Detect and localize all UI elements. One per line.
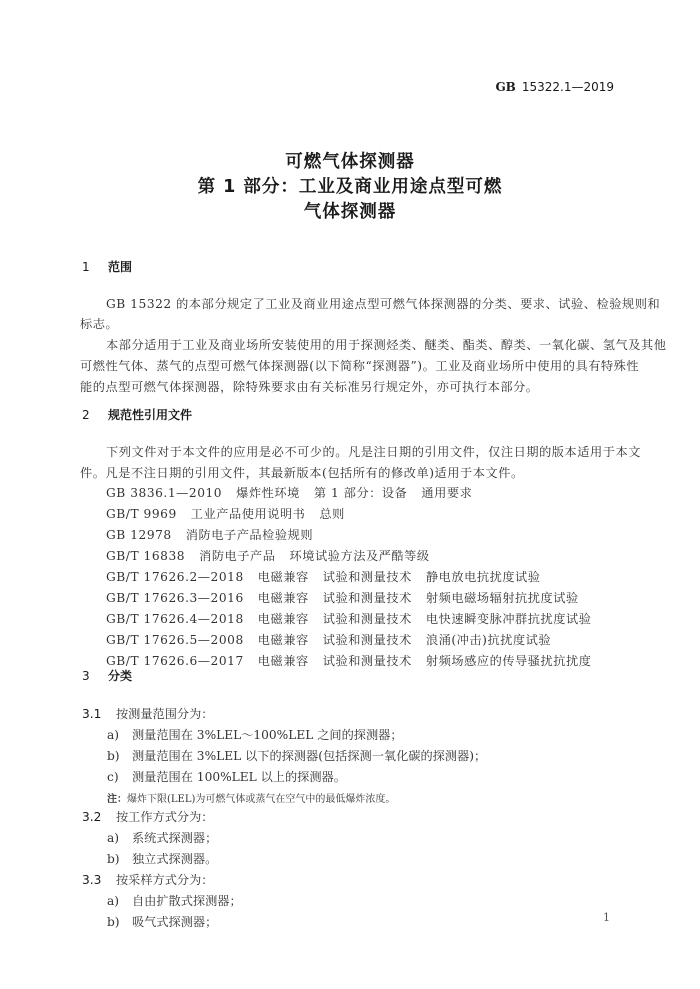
list-label: a) (107, 831, 132, 845)
list-label: b) (107, 915, 132, 929)
paragraph-line: 可燃性气体、蒸气的点型可燃气体探测器(以下简称“探测器”)。工业及商业场所中使用… (80, 357, 639, 374)
subsection-text: 按工作方式分为： (116, 810, 214, 824)
section-number: 1 (82, 260, 108, 274)
reference-title-part: 电磁兼容 (258, 654, 309, 668)
reference-code: GB/T 17626.3—2016 (106, 591, 244, 605)
paragraph-line: 标志。 (80, 315, 118, 332)
reference-item: GB/T 17626.5—2008电磁兼容试验和测量技术浪涌(冲击)抗扰度试验 (106, 631, 551, 648)
list-item: b)测量范围在 3%LEL 以下的探测器(包括探测一氧化碳的探测器)； (107, 747, 486, 764)
subsection-number: 3.1 (82, 707, 116, 721)
reference-title-part: 通用要求 (421, 486, 472, 500)
reference-item: GB/T 9969工业产品使用说明书总则 (106, 505, 345, 522)
reference-code: GB/T 17626.5—2008 (106, 633, 244, 647)
document-title-line-2: 第 1 部分：工业及商业用途点型可燃 (0, 173, 700, 198)
subsection-3-2: 3.2按工作方式分为： (82, 808, 214, 825)
list-item: b)吸气式探测器； (107, 913, 217, 930)
list-label: a) (107, 894, 132, 908)
list-text: 测量范围在 3%LEL～100%LEL 之间的探测器； (132, 728, 403, 742)
section-title: 分类 (108, 669, 132, 683)
reference-item: GB/T 17626.6—2017电磁兼容试验和测量技术射频场感应的传导骚扰抗扰… (106, 652, 591, 669)
reference-item: GB 12978消防电子产品检验规则 (106, 526, 313, 543)
reference-title-part: 静电放电抗扰度试验 (426, 570, 541, 584)
subsection-text: 按采样方式分为： (116, 873, 214, 887)
reference-title-part: 电快速瞬变脉冲群抗扰度试验 (426, 612, 592, 626)
subsection-3-3: 3.3按采样方式分为： (82, 871, 214, 888)
reference-title-part: 消防电子产品检验规则 (186, 528, 313, 542)
section-2-heading: 2规范性引用文件 (82, 406, 192, 423)
list-text: 自由扩散式探测器； (132, 894, 242, 908)
reference-title-part: 爆炸性环境 (236, 486, 300, 500)
list-text: 独立式探测器。 (132, 852, 217, 866)
reference-title-part: 浪涌(冲击)抗扰度试验 (426, 633, 551, 647)
reference-title-part: 试验和测量技术 (323, 633, 412, 647)
list-item: a)系统式探测器； (107, 829, 217, 846)
page-number: 1 (603, 911, 610, 924)
reference-code: GB/T 17626.2—2018 (106, 570, 244, 584)
standard-code: GB15322.1—2019 (495, 80, 614, 94)
reference-item: GB/T 16838消防电子产品环境试验方法及严酷等级 (106, 547, 430, 564)
section-3-heading: 3分类 (82, 667, 132, 684)
reference-title-part: 总则 (319, 507, 344, 521)
standard-prefix: GB (495, 80, 515, 94)
list-label: b) (107, 749, 132, 763)
reference-code: GB/T 9969 (106, 507, 177, 521)
section-number: 3 (82, 669, 108, 683)
section-1-heading: 1范围 (82, 258, 132, 275)
subsection-3-1: 3.1按测量范围分为： (82, 705, 214, 722)
list-item: b)独立式探测器。 (107, 850, 217, 867)
reference-code: GB/T 17626.4—2018 (106, 612, 244, 626)
reference-item: GB/T 17626.2—2018电磁兼容试验和测量技术静电放电抗扰度试验 (106, 568, 541, 585)
reference-item: GB/T 17626.3—2016电磁兼容试验和测量技术射频电磁场辐射抗扰度试验 (106, 589, 579, 606)
section-number: 2 (82, 408, 108, 422)
note: 注：爆炸下限(LEL)为可燃气体或蒸气在空气中的最低爆炸浓度。 (107, 790, 395, 805)
reference-title-part: 射频电磁场辐射抗扰度试验 (426, 591, 579, 605)
subsection-number: 3.3 (82, 873, 116, 887)
reference-code: GB 12978 (106, 528, 172, 542)
section-title: 范围 (108, 260, 132, 274)
reference-title-part: 试验和测量技术 (323, 654, 412, 668)
reference-title-part: 环境试验方法及严酷等级 (290, 549, 430, 563)
reference-title-part: 电磁兼容 (258, 612, 309, 626)
paragraph-line: 件。凡是不注日期的引用文件，其最新版本(包括所有的修改单)适用于本文件。 (80, 464, 524, 481)
note-label: 注： (107, 794, 127, 805)
reference-title-part: 电磁兼容 (258, 570, 309, 584)
standard-number: 15322.1—2019 (522, 80, 614, 94)
reference-title-part: 消防电子产品 (199, 549, 275, 563)
paragraph-line: GB 15322 的本部分规定了工业及商业用途点型可燃气体探测器的分类、要求、试… (106, 295, 660, 312)
reference-title-part: 工业产品使用说明书 (191, 507, 306, 521)
list-label: b) (107, 852, 132, 866)
subsection-text: 按测量范围分为： (116, 707, 214, 721)
reference-code: GB 3836.1—2010 (106, 486, 222, 500)
reference-item: GB 3836.1—2010爆炸性环境第 1 部分：设备通用要求 (106, 484, 472, 501)
reference-item: GB/T 17626.4—2018电磁兼容试验和测量技术电快速瞬变脉冲群抗扰度试… (106, 610, 591, 627)
reference-title-part: 第 1 部分：设备 (314, 486, 408, 500)
list-text: 测量范围在 3%LEL 以下的探测器(包括探测一氧化碳的探测器)； (132, 749, 486, 763)
document-title-line-1: 可燃气体探测器 (0, 148, 700, 173)
list-text: 系统式探测器； (132, 831, 217, 845)
reference-title-part: 试验和测量技术 (323, 591, 412, 605)
note-text: 爆炸下限(LEL)为可燃气体或蒸气在空气中的最低爆炸浓度。 (127, 794, 395, 805)
list-text: 测量范围在 100%LEL 以上的探测器。 (132, 770, 346, 784)
reference-title-part: 射频场感应的传导骚扰抗扰度 (426, 654, 592, 668)
subsection-number: 3.2 (82, 810, 116, 824)
paragraph-line: 下列文件对于本文件的应用是必不可少的。凡是注日期的引用文件，仅注日期的版本适用于… (106, 443, 641, 460)
reference-title-part: 试验和测量技术 (323, 570, 412, 584)
section-title: 规范性引用文件 (108, 408, 192, 422)
list-label: a) (107, 728, 132, 742)
document-title-line-3: 气体探测器 (0, 198, 700, 223)
list-item: a)自由扩散式探测器； (107, 892, 242, 909)
reference-code: GB/T 16838 (106, 549, 185, 563)
reference-code: GB/T 17626.6—2017 (106, 654, 244, 668)
reference-title-part: 电磁兼容 (258, 633, 309, 647)
list-item: a)测量范围在 3%LEL～100%LEL 之间的探测器； (107, 726, 403, 743)
list-item: c)测量范围在 100%LEL 以上的探测器。 (107, 768, 346, 785)
reference-title-part: 试验和测量技术 (323, 612, 412, 626)
paragraph-line: 本部分适用于工业及商业场所安装使用的用于探测烃类、醚类、酯类、醇类、一氧化碳、氢… (106, 336, 666, 353)
paragraph-line: 能的点型可燃气体探测器，除特殊要求由有关标准另行规定外，亦可执行本部分。 (80, 378, 539, 395)
list-text: 吸气式探测器； (132, 915, 217, 929)
list-label: c) (107, 770, 132, 784)
reference-title-part: 电磁兼容 (258, 591, 309, 605)
